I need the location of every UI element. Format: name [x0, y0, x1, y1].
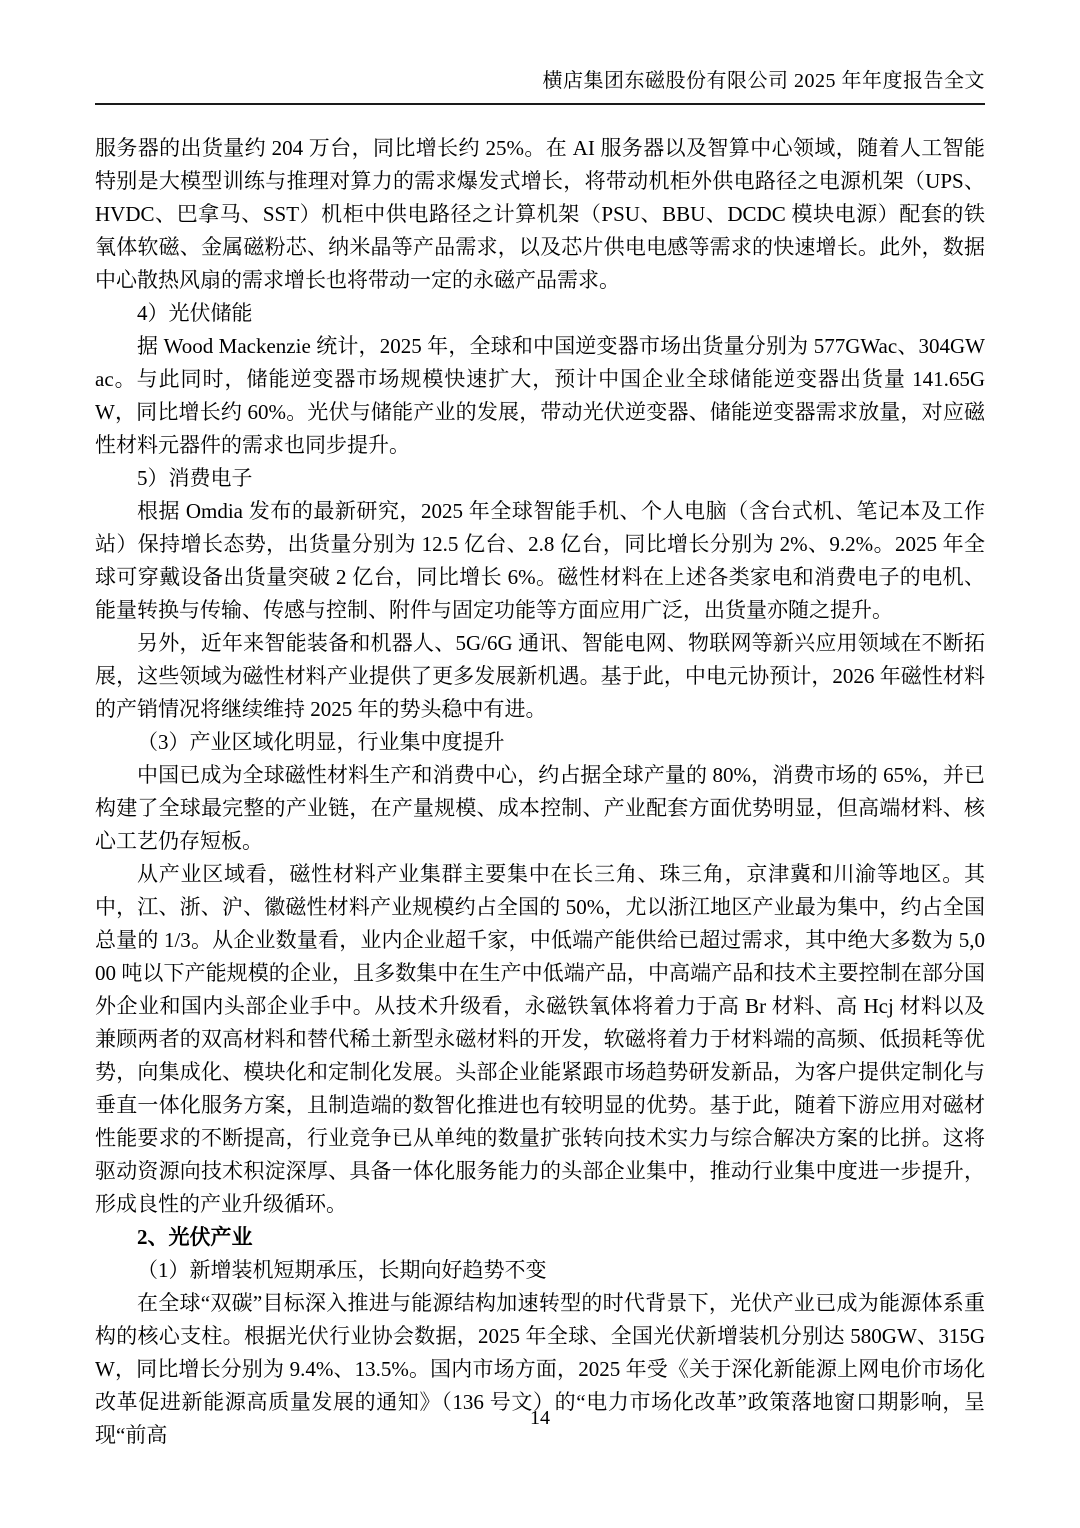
- paragraph-consumer-electronics: 根据 Omdia 发布的最新研究，2025 年全球智能手机、个人电脑（含台式机、…: [95, 495, 985, 627]
- heading-consumer-electronics: 5）消费电子: [95, 462, 985, 495]
- paragraph-china-market-position: 中国已成为全球磁性材料生产和消费中心，约占据全球产量的 80%，消费市场的 65…: [95, 759, 985, 858]
- heading-pv-storage: 4）光伏储能: [95, 297, 985, 330]
- heading-new-installations: （1）新增装机短期承压，长期向好趋势不变: [95, 1254, 985, 1287]
- paragraph-emerging-applications: 另外，近年来智能装备和机器人、5G/6G 通讯、智能电网、物联网等新兴应用领域在…: [95, 627, 985, 726]
- paragraph-industry-clusters: 从产业区域看，磁性材料产业集群主要集中在长三角、珠三角，京津冀和川渝等地区。其中…: [95, 858, 985, 1221]
- heading-industry-regionalization: （3）产业区域化明显，行业集中度提升: [95, 726, 985, 759]
- paragraph-inverter-market: 据 Wood Mackenzie 统计，2025 年，全球和中国逆变器市场出货量…: [95, 330, 985, 462]
- report-page: 横店集团东磁股份有限公司 2025 年年度报告全文 服务器的出货量约 204 万…: [0, 0, 1080, 1528]
- page-number: 14: [0, 1407, 1080, 1430]
- paragraph-ai-server-demand: 服务器的出货量约 204 万台，同比增长约 25%。在 AI 服务器以及智算中心…: [95, 132, 985, 297]
- page-header: 横店集团东磁股份有限公司 2025 年年度报告全文: [95, 0, 985, 92]
- header-divider: [95, 103, 985, 105]
- document-body: 服务器的出货量约 204 万台，同比增长约 25%。在 AI 服务器以及智算中心…: [95, 132, 985, 1452]
- heading-pv-industry: 2、光伏产业: [95, 1221, 985, 1254]
